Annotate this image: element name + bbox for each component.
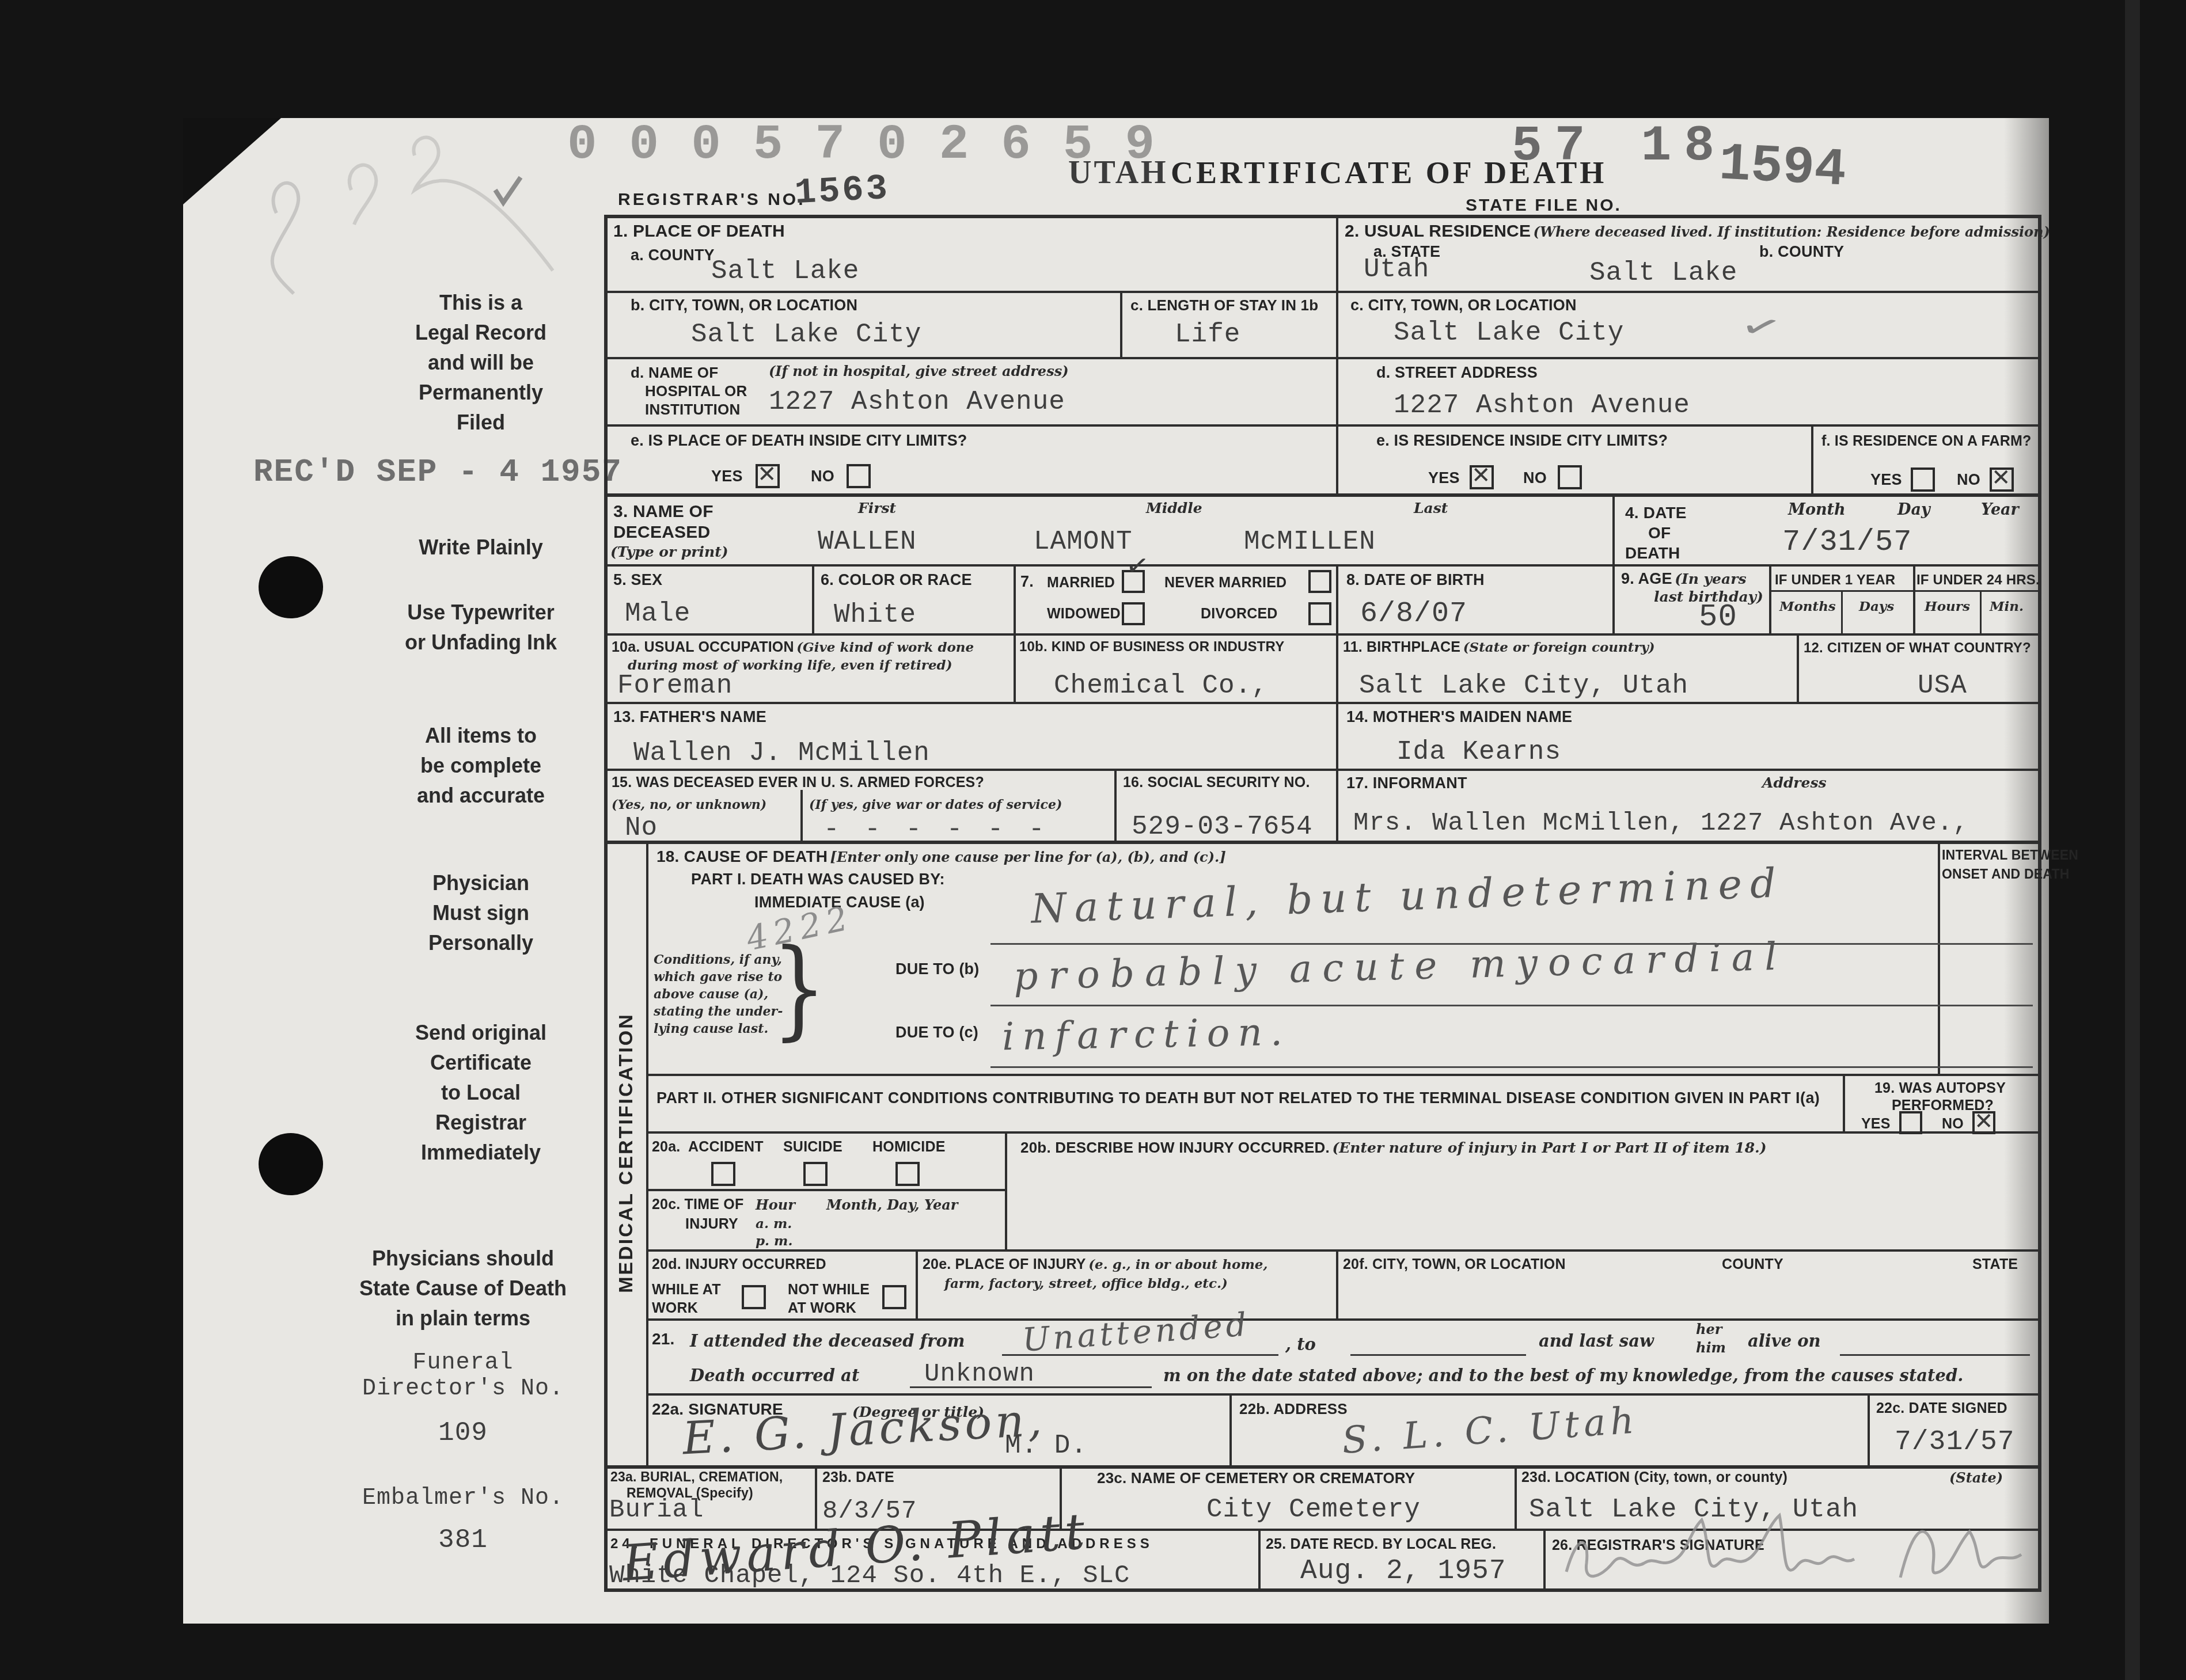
field-11-value: Salt Lake City, Utah — [1359, 671, 1688, 701]
field-1e-label: e. IS PLACE OF DEATH INSIDE CITY LIMITS? — [631, 432, 967, 450]
background-seam — [2125, 0, 2140, 1680]
field-4-label3: DEATH — [1625, 544, 1680, 562]
field-20d-label: 20d. INJURY OCCURRED — [652, 1256, 826, 1273]
grid-line — [646, 1249, 2041, 1252]
field-16-value: 529-03-7654 — [1132, 812, 1313, 842]
field-7-divorced-checkbox — [1308, 602, 1331, 625]
field-25-value: Aug. 2, 1957 — [1300, 1556, 1506, 1587]
field-20f-label: 20f. CITY, TOWN, OR LOCATION — [1343, 1256, 1566, 1273]
field-10b-value: Chemical Co., — [1054, 671, 1268, 701]
field-20d-notwhile-label1: NOT WHILE — [788, 1282, 870, 1298]
field-3-middle-header: Middle — [1146, 500, 1202, 516]
field-23a-value: Burial — [609, 1496, 704, 1525]
field-18-conditions-note: Conditions, if any, which gave rise to a… — [654, 951, 783, 1037]
field-7-divorced-label: DIVORCED — [1201, 606, 1278, 622]
field-7-widowed-checkbox — [1122, 602, 1145, 625]
grid-line — [1515, 1465, 1517, 1529]
field-15-value: No — [625, 813, 658, 843]
field-11-note: (State or foreign country) — [1463, 640, 1655, 655]
field-21-text2: , to — [1285, 1335, 1316, 1354]
field-2c-label: c. CITY, TOWN, OR LOCATION — [1350, 297, 1577, 314]
field-20b-label: 20b. DESCRIBE HOW INJURY OCCURRED. — [1020, 1139, 1330, 1156]
field-9-min-header: Min. — [1990, 599, 2024, 614]
grid-line — [1980, 590, 1982, 633]
grid-line — [604, 841, 2041, 844]
field-7-widowed-label: WIDOWED — [1047, 606, 1121, 622]
field-20b-note: (Enter nature of injury in Part I or Par… — [1332, 1139, 1766, 1156]
field-9-hours-header: Hours — [1925, 599, 1970, 614]
field-7-never-label: NEVER MARRIED — [1164, 575, 1286, 591]
embalmers-no: Embalmer's No. 381 — [316, 1485, 610, 1555]
field-2e-yes-label: YES — [1428, 469, 1460, 487]
field-21-text4: alive on — [1748, 1331, 1821, 1351]
field-20c-label1: 20c. TIME OF — [652, 1196, 743, 1213]
field-14-value: Ida Kearns — [1396, 737, 1561, 767]
field-13-label: 13. FATHER'S NAME — [613, 708, 766, 726]
field-5-value: Male — [625, 599, 690, 629]
grid-line — [1114, 769, 1117, 841]
field-18-due-b-label: DUE TO (b) — [895, 960, 980, 978]
margin-write-plainly: Write Plainly — [357, 533, 605, 562]
field-19-yes-checkbox — [1899, 1111, 1922, 1134]
field-20a-number: 20a. — [652, 1139, 680, 1156]
grid-line — [1769, 564, 1771, 633]
grid-line — [1769, 590, 2038, 592]
grid-line — [1811, 424, 1813, 493]
field-22a-md-value: M. D. — [1005, 1431, 1087, 1461]
field-2c-value: Salt Lake City — [1394, 318, 1624, 348]
field-4-label2: OF — [1648, 524, 1671, 542]
field-9-label-group: 9. AGE (In years — [1621, 570, 1746, 588]
registrars-no-value: 1563 — [794, 168, 890, 214]
margin-physician-sign: Physician Must sign Personally — [357, 868, 605, 958]
grid-line — [646, 1318, 2041, 1321]
field-1b-label: b. CITY, TOWN, OR LOCATION — [631, 297, 857, 314]
grid-line — [1258, 1529, 1261, 1588]
field-24-address-value: White Chapel, 124 So. 4th E., SLC — [609, 1561, 1130, 1590]
field-18-part2-label: PART II. OTHER SIGNIFICANT CONDITIONS CO… — [656, 1089, 1820, 1107]
field-9-under1yr-header: IF UNDER 1 YEAR — [1775, 572, 1895, 588]
field-22b-label: 22b. ADDRESS — [1239, 1400, 1348, 1418]
field-9-under24-header: IF UNDER 24 HRS. — [1916, 572, 2040, 588]
field-7-married-label: MARRIED — [1047, 575, 1115, 591]
suicide-checkbox — [803, 1162, 828, 1186]
field-20e-note2: farm, factory, street, office bldg., etc… — [944, 1276, 1228, 1291]
field-3-first-value: WALLEN — [818, 527, 917, 557]
field-20f-state-header: STATE — [1972, 1256, 2018, 1273]
margin-plain-terms: Physicians should State Cause of Death i… — [316, 1244, 610, 1333]
field-17-label: 17. INFORMANT — [1346, 774, 1467, 792]
certificate-title: UTAH CERTIFICATE OF DEATH — [1068, 154, 1607, 191]
grid-line — [604, 424, 2041, 427]
field-10b-label: 10b. KIND OF BUSINESS OR INDUSTRY — [1019, 639, 1284, 655]
x-mark-icon: ✕ — [1974, 1110, 1994, 1133]
field-20f-county-header: COUNTY — [1722, 1256, 1783, 1273]
field-19-no-checkbox: ✕ — [1972, 1111, 1995, 1134]
field-2-label: 2. USUAL RESIDENCE — [1345, 222, 1531, 241]
field-11-label: 11. BIRTHPLACE — [1343, 639, 1460, 655]
field-21-number: 21. — [652, 1330, 675, 1348]
field-4-month-header: Month — [1788, 501, 1846, 519]
field-2f-label: f. IS RESIDENCE ON A FARM? — [1821, 433, 2031, 450]
field-20a-accident-label: ACCIDENT — [688, 1139, 764, 1156]
field-4-year-header: Year — [1981, 501, 2019, 519]
field-1d-value: 1227 Ashton Avenue — [769, 387, 1065, 417]
field-10a-value: Foreman — [617, 671, 733, 701]
grid-line — [1005, 1131, 1007, 1249]
field-9-value: 50 — [1699, 600, 1737, 635]
field-18c-handwritten-value: infarction. — [1001, 1010, 1291, 1059]
field-1c-label: c. LENGTH OF STAY IN 1b — [1130, 297, 1318, 314]
field-23a-label1: 23a. BURIAL, CREMATION, — [610, 1469, 783, 1485]
grid-line — [1336, 1249, 1338, 1318]
field-1b-value: Salt Lake City — [691, 320, 921, 349]
field-3-middle-value: LAMONT — [1034, 527, 1133, 557]
field-2e-yes-checkbox: ✕ — [1470, 465, 1494, 489]
grid-line — [1336, 564, 1338, 841]
grid-line — [646, 1393, 2041, 1396]
grid-line — [2038, 215, 2041, 1592]
brace-icon: } — [772, 926, 826, 1051]
grid-line — [1229, 1393, 1232, 1465]
field-15-dashes: - - - - - - — [823, 815, 1049, 845]
field-20c-pm-label: p. m. — [756, 1233, 792, 1249]
pencil-scribble — [242, 121, 564, 311]
punch-hole — [259, 1133, 323, 1195]
field-2b-label: b. COUNTY — [1759, 243, 1844, 261]
field-23c-label: 23c. NAME OF CEMETERY OR CREMATORY — [1097, 1469, 1415, 1487]
registrars-no-label: REGISTRAR'S NO. — [618, 190, 806, 210]
grid-line — [604, 702, 2041, 704]
field-22c-label: 22c. DATE SIGNED — [1876, 1400, 2007, 1417]
title-utah: UTAH — [1068, 155, 1168, 191]
field-9-note1: (In years — [1675, 571, 1746, 587]
field-10a-label: 10a. USUAL OCCUPATION — [612, 639, 794, 655]
while-at-work-checkbox — [742, 1285, 766, 1309]
field-9-months-header: Months — [1779, 599, 1836, 614]
field-3-first-header: First — [858, 500, 896, 516]
cause-c-underline — [990, 1066, 2033, 1068]
field-1c-value: Life — [1175, 320, 1240, 349]
field-20d-notwhile-label2: AT WORK — [788, 1300, 856, 1317]
not-while-at-work-checkbox — [882, 1285, 906, 1309]
grid-line — [1336, 215, 1338, 493]
field-2e-label: e. IS RESIDENCE INSIDE CITY LIMITS? — [1376, 432, 1668, 450]
field-18-label: 18. CAUSE OF DEATH — [656, 847, 828, 865]
field-23c-value: City Cemetery — [1206, 1495, 1421, 1525]
medical-certification-label: MEDICAL CERTIFICATION — [615, 1013, 637, 1293]
grid-line — [800, 790, 803, 841]
field-4-label1: 4. DATE — [1625, 504, 1687, 522]
field-21-her: her — [1696, 1321, 1722, 1337]
check-mark-icon: ✓ — [1124, 548, 1151, 583]
grid-line — [1797, 633, 1799, 702]
grid-line — [646, 1074, 2041, 1076]
field-6-value: White — [834, 600, 916, 630]
field-20a-homicide-label: HOMICIDE — [872, 1139, 946, 1156]
field-12-value: USA — [1918, 671, 1967, 701]
field-2f-no-label: NO — [1957, 471, 1980, 489]
field-1d-note: (If not in hospital, give street address… — [769, 363, 1069, 379]
blank-underline — [910, 1386, 1152, 1388]
field-2f-yes-checkbox — [1911, 467, 1935, 492]
scanned-death-certificate: 0005702659 57 18 1594 UTAH CERTIFICATE O… — [0, 0, 2186, 1680]
grid-line — [604, 493, 2041, 497]
blank-underline — [1840, 1354, 2030, 1356]
medical-certification-strip: MEDICAL CERTIFICATION — [604, 841, 648, 1465]
grid-line — [1543, 1529, 1546, 1588]
field-23b-label: 23b. DATE — [822, 1469, 894, 1486]
grid-line — [1843, 1074, 1845, 1131]
title-main: CERTIFICATE OF DEATH — [1171, 155, 1607, 190]
field-2f-yes-label: YES — [1870, 471, 1902, 489]
field-15-note1: (Yes, no, or unknown) — [612, 797, 766, 812]
registrar-signature-scribble — [1555, 1508, 2033, 1601]
field-16-label: 16. SOCIAL SECURITY NO. — [1123, 774, 1310, 791]
field-21-text5: Death occurred at — [690, 1366, 859, 1385]
grid-line — [1913, 564, 1915, 633]
grid-line — [604, 291, 2041, 293]
field-20e-note1: (e. g., in or about home, — [1088, 1257, 1267, 1272]
field-20a-suicide-label: SUICIDE — [783, 1139, 842, 1156]
field-7-number: 7. — [1020, 573, 1034, 591]
grid-line — [604, 564, 2041, 567]
field-19-yes-label: YES — [1861, 1116, 1891, 1132]
grid-line — [1841, 590, 1843, 633]
field-7-never-checkbox — [1308, 570, 1331, 593]
field-9-label: 9. AGE — [1621, 570, 1672, 587]
field-2-label-group: 2. USUAL RESIDENCE (Where deceased lived… — [1345, 222, 2050, 241]
field-2f-no-checkbox: ✕ — [1990, 467, 2014, 492]
field-1a-label: a. COUNTY — [631, 246, 715, 264]
interval-header: INTERVAL BETWEEN ONSET AND DEATH — [1942, 847, 2078, 882]
grid-line — [646, 1189, 1007, 1191]
field-10a-label-group: 10a. USUAL OCCUPATION (Give kind of work… — [612, 639, 974, 656]
x-mark-icon: ✕ — [1471, 464, 1491, 487]
field-1e-yes-checkbox: ✕ — [756, 464, 780, 488]
field-2-note: (Where deceased lived. If institution: R… — [1534, 223, 2050, 240]
blank-underline — [1350, 1354, 1526, 1356]
field-23d-label: 23d. LOCATION (City, town, or county) — [1521, 1469, 1787, 1486]
received-date-stamp: REC'D SEP - 4 1957 — [253, 454, 623, 491]
field-21-text3: and last saw — [1539, 1331, 1654, 1351]
field-1d-label2: HOSPITAL OR — [645, 382, 747, 400]
x-mark-icon: ✕ — [1991, 466, 2011, 489]
field-21-occurred-value: Unknown — [924, 1360, 1035, 1389]
margin-legal-record: This is a Legal Record and will be Perma… — [357, 288, 605, 438]
field-1e-no-checkbox — [847, 464, 871, 488]
grid-line — [604, 215, 2041, 218]
grid-line — [812, 564, 814, 633]
grid-line — [815, 1465, 817, 1529]
field-23d-state-note: (State) — [1949, 1469, 2003, 1486]
field-12-label: 12. CITIZEN OF WHAT COUNTRY? — [1804, 640, 2031, 656]
field-2e-no-label: NO — [1523, 469, 1547, 487]
accident-checkbox — [711, 1162, 735, 1186]
field-18-part1-label: PART I. DEATH WAS CAUSED BY: — [691, 871, 945, 888]
file-number-stamp: 1594 — [1717, 134, 1847, 200]
margin-all-items: All items to be complete and accurate — [357, 721, 605, 811]
field-20b-label-group: 20b. DESCRIBE HOW INJURY OCCURRED. (Ente… — [1020, 1139, 1767, 1157]
field-25-label: 25. DATE RECD. BY LOCAL REG. — [1266, 1536, 1496, 1553]
grid-line — [1014, 564, 1016, 702]
field-21-him: him — [1696, 1339, 1726, 1356]
field-20d-while-label2: WORK — [652, 1300, 698, 1317]
field-8-label: 8. DATE OF BIRTH — [1346, 571, 1485, 589]
margin-send-original: Send original Certificate to Local Regis… — [357, 1018, 605, 1168]
field-2d-label: d. STREET ADDRESS — [1376, 364, 1538, 382]
grid-line — [604, 769, 2041, 771]
field-3-label2: DECEASED — [613, 523, 710, 542]
field-3-last-header: Last — [1414, 500, 1448, 516]
field-1-label: 1. PLACE OF DEATH — [613, 222, 785, 241]
field-11-label-group: 11. BIRTHPLACE (State or foreign country… — [1343, 639, 1655, 656]
field-1d-label3: INSTITUTION — [645, 401, 740, 419]
field-18-label-group: 18. CAUSE OF DEATH [Enter only one cause… — [656, 847, 1226, 866]
field-21-text1: I attended the deceased from — [690, 1331, 965, 1351]
field-22c-value: 7/31/57 — [1895, 1427, 2015, 1458]
field-15-note2: (If yes, give war or dates of service) — [809, 797, 1062, 812]
field-19-label1: 19. WAS AUTOPSY — [1874, 1080, 2006, 1097]
field-20e-label: 20e. PLACE OF INJURY — [923, 1256, 1086, 1272]
field-18-due-c-label: DUE TO (c) — [895, 1024, 978, 1042]
grid-line — [604, 357, 2041, 359]
blank-underline — [1002, 1354, 1278, 1356]
field-5-label: 5. SEX — [613, 571, 662, 589]
field-1e-no-label: NO — [811, 467, 834, 485]
grid-line — [1120, 291, 1122, 357]
field-14-label: 14. MOTHER'S MAIDEN NAME — [1346, 708, 1572, 726]
cause-b-underline — [990, 1005, 2033, 1006]
field-2d-value: 1227 Ashton Avenue — [1394, 390, 1690, 420]
field-6-label: 6. COLOR OR RACE — [821, 571, 972, 589]
field-4-day-header: Day — [1897, 501, 1930, 519]
field-19-no-label: NO — [1942, 1116, 1964, 1132]
field-1e-yes-label: YES — [711, 467, 743, 485]
field-21-text6: m on the date stated above; and to the b… — [1163, 1366, 1963, 1385]
grid-line — [916, 1249, 918, 1318]
field-9-days-header: Days — [1859, 599, 1894, 614]
field-4-value: 7/31/57 — [1782, 525, 1912, 559]
punch-hole — [259, 556, 323, 618]
homicide-checkbox — [895, 1162, 920, 1186]
field-20c-mdy-header: Month, Day, Year — [826, 1196, 958, 1213]
grid-line — [1868, 1393, 1870, 1465]
field-2e-no-checkbox — [1558, 465, 1582, 489]
field-1d-label: d. NAME OF — [631, 364, 718, 382]
margin-use-typewriter: Use Typewriter or Unfading Ink — [357, 598, 605, 657]
funeral-directors-no: Funeral Director's No. 109 — [316, 1350, 610, 1448]
field-8-value: 6/8/07 — [1360, 598, 1467, 630]
field-20e-label-group: 20e. PLACE OF INJURY (e. g., in or about… — [923, 1256, 1267, 1273]
field-1a-value: Salt Lake — [711, 256, 859, 286]
field-15-label: 15. WAS DECEASED EVER IN U. S. ARMED FOR… — [612, 774, 984, 791]
field-13-value: Wallen J. McMillen — [633, 738, 930, 768]
field-17-address-header: Address — [1762, 774, 1827, 791]
grid-line — [1612, 493, 1615, 633]
field-20c-hour-header: Hour — [756, 1196, 795, 1213]
field-3-label3: (Type or print) — [610, 543, 728, 560]
field-2b-value: Salt Lake — [1589, 258, 1737, 288]
grid-line — [604, 633, 2041, 636]
field-3-label1: 3. NAME OF — [613, 502, 714, 522]
field-17-value: Mrs. Wallen McMillen, 1227 Ashton Ave., — [1353, 809, 1969, 838]
grid-line — [604, 1465, 2041, 1469]
field-2a-value: Utah — [1364, 254, 1429, 284]
grid-line — [1938, 841, 1940, 1074]
grid-line — [646, 1131, 2041, 1134]
field-20d-while-label1: WHILE AT — [652, 1282, 721, 1298]
field-10a-note1: (Give kind of work done — [796, 640, 974, 655]
field-18-note: [Enter only one cause per line for (a), … — [830, 849, 1226, 865]
x-mark-icon: ✕ — [757, 463, 777, 486]
field-20c-label2: INJURY — [685, 1216, 738, 1233]
field-20c-am-label: a. m. — [756, 1216, 792, 1232]
state-file-no-label: STATE FILE NO. — [1466, 196, 1622, 215]
field-3-last-value: McMILLEN — [1244, 527, 1376, 557]
